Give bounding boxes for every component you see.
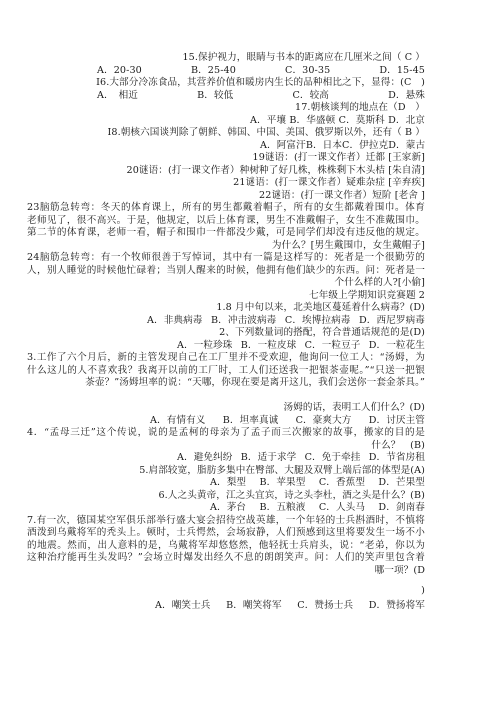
option-c: C．豪爽大方 xyxy=(296,415,352,427)
option-a: A．梨型 xyxy=(210,477,246,489)
text-line: 个什么样的人?[小偷] xyxy=(27,277,425,289)
document-page: 15.保护视力，眼睛与书本的距离应在几厘米之间（ C ）A．20-30B．25-… xyxy=(0,0,500,707)
option-a: A．嘲笑士兵 xyxy=(155,600,211,612)
option-c: C．免于牵挂 xyxy=(305,452,361,464)
option-c: C．伊拉克 xyxy=(342,140,388,152)
text-line: 23脑筋急转弯：冬天的体育课上，所有的男生都戴着帽子，所有的女生都戴着围巾。体育 xyxy=(27,202,425,214)
text-line: 7.有一次，德国某空军俱乐部举行盛大宴会招待空战英雄，一个年轻的士兵斟酒时，不慎… xyxy=(27,515,425,527)
answer-options: A．茅台B．五粮液C．人头马D．剑南春 xyxy=(210,502,425,514)
answer-options: A．平壤B．华盛顿C．莫斯科D．北京 xyxy=(250,115,425,127)
answer-options: A．非典病毒B．冲击波病毒C．埃博拉病毒D．西尼罗病毒 xyxy=(147,315,425,327)
answer-options: A．有情有义B．坦率真诚C．豪爽大方D．讨厌主管 xyxy=(150,415,425,427)
text-line: ) xyxy=(27,585,425,597)
answer-options: A．避免纠纷B．适于求学C．免于牵挂D．节省房租 xyxy=(177,452,425,464)
option-c: C．较高 xyxy=(292,90,329,102)
option-a: A．阿富汗 xyxy=(260,140,306,152)
option-d: D．芒果型 xyxy=(378,477,425,489)
text-line: 哪一项？(D xyxy=(27,565,425,577)
text-line: 17.朝核谈判的地点在（D ） xyxy=(27,102,425,114)
option-a: A．有情有义 xyxy=(150,415,206,427)
option-c: C．人头马 xyxy=(319,502,365,514)
option-a: A．一粒珍珠 xyxy=(177,340,233,352)
answer-options: A．嘲笑士兵B．嘲笑将军C．赞扬士兵D．赞扬将军 xyxy=(155,600,425,612)
text-line: 汤姆的话，表明工人们什么？(D) xyxy=(27,402,425,414)
answer-options: A． 相近B．较低C．较高D．悬殊 xyxy=(97,90,425,102)
text-line: 为什么？[男生戴围巾，女生戴帽子] xyxy=(27,240,425,252)
option-a: A．茅台 xyxy=(210,502,246,514)
option-d: D．讨厌主管 xyxy=(369,415,425,427)
option-b: B．苹果型 xyxy=(260,477,306,489)
option-b: B．华盛顿 xyxy=(289,115,335,127)
option-b: B．五粮液 xyxy=(260,502,306,514)
option-c: C．莫斯科 xyxy=(339,115,385,127)
option-d: D．西尼罗病毒 xyxy=(359,315,425,327)
option-a: A．非典病毒 xyxy=(147,315,203,327)
option-a: A．避免纠纷 xyxy=(177,452,233,464)
option-b: B．日本 xyxy=(306,140,342,152)
text-line: 20谜语：(打一课文作者）种树种了好几株，株株剩下木头桔 [朱自清] xyxy=(27,165,425,177)
option-d: D．赞扬将军 xyxy=(369,600,425,612)
text-line: 3.工作了六个月后，新的主管发现自己在工厂里并不受欢迎，他询问一位工人：“汤姆，… xyxy=(27,352,425,364)
option-b: B．适于求学 xyxy=(241,452,297,464)
option-b: B．一粒皮球 xyxy=(241,340,297,352)
text-line: 22谜语：(打一课文作者）短阶 [老舍 ] xyxy=(27,190,425,202)
text-line: 19谜语：(打一课文作者）迁都 [王家新] xyxy=(27,152,425,164)
option-d: D．一粒花生 xyxy=(369,340,425,352)
option-a: A．20-30 xyxy=(97,65,142,77)
option-b: B．嘲笑将军 xyxy=(226,600,282,612)
option-d: D．蒙古 xyxy=(388,140,425,152)
text-line: 什么？ (B) xyxy=(27,440,425,452)
text-line: 什么这儿的人不喜欢我？我离开以前的工厂时，工人们还送我一把银茶壶呢。”“只送一把… xyxy=(27,365,425,377)
text-line: 2、下列数量词的搭配，符合普通话规范的是(D) xyxy=(27,327,425,339)
option-c: C．香蕉型 xyxy=(319,477,365,489)
text-line: 七年级上学期知识竞赛题 2 xyxy=(27,290,425,302)
option-a: A． 相近 xyxy=(97,90,138,102)
answer-options: A．20-30B．25-40C．30-35D．15-45 xyxy=(97,65,425,77)
text-line: 这种治疗能再生头发吗？”会场立时爆发出经久不息的朗朗笑声。问：人们的笑声里包含着 xyxy=(27,552,425,564)
text-line: 酒泼到乌戴将军的秃头上。顿时，士兵愕然，会场寂静，人们预感到这里将要发生一场不小 xyxy=(27,527,425,539)
text-line: 15.保护视力，眼睛与书本的距离应在几厘米之间（ C ） xyxy=(27,52,425,64)
text-line: I8.朝核六国谈判除了朝鲜、韩国、中国、美国、俄罗斯以外，还有（ B ） xyxy=(27,127,425,139)
option-c: C．一粒豆子 xyxy=(305,340,361,352)
option-d: D．剑南春 xyxy=(378,502,425,514)
text-line: 茶壶？”汤姆坦率的说：“天哪，你现在要是离开这儿，我们会送你一套金茶具。” xyxy=(27,377,425,389)
text-line: 21谜语：(打一课文作者）疑难杂症 [辛弃疾] xyxy=(27,177,425,189)
option-a: A．平壤 xyxy=(250,115,286,127)
text-line: 6.人之头黄帝，江之头宜宾，诗之头李杜，酒之头是什么？(B) xyxy=(27,490,425,502)
text-line: 24脑筋急转弯：有一个牧师很善于写悼词，其中有一篇是这样写的：死者是一个很勤劳的 xyxy=(27,252,425,264)
option-c: C．埃博拉病毒 xyxy=(285,315,351,327)
option-d: D．节省房租 xyxy=(369,452,425,464)
answer-options: A．一粒珍珠B．一粒皮球C．一粒豆子D．一粒花生 xyxy=(177,340,425,352)
option-d: D．北京 xyxy=(388,115,425,127)
answer-options: A．阿富汗B．日本C．伊拉克D．蒙古 xyxy=(260,140,425,152)
option-b: B．坦率真诚 xyxy=(223,415,279,427)
text-line: 人，别人睡觉的时候他忙碌着；当别人醒来的时候，他拥有他们缺少的东西。问：死者是一 xyxy=(27,265,425,277)
answer-options: A．梨型B．苹果型C．香蕉型D．芒果型 xyxy=(210,477,425,489)
text-line: I6.大部分冷冻食品，其营养价值和暖房内生长的品种相比之下，显得：(C ) xyxy=(27,77,425,89)
text-line: 第二节的体育课，老师一看，帽子和围巾一件都没少戴，可是同学们却没有违反他的规定。 xyxy=(27,227,425,239)
option-b: B．冲击波病毒 xyxy=(211,315,276,327)
option-c: C．赞扬士兵 xyxy=(297,600,353,612)
option-b: B．较低 xyxy=(197,90,233,102)
text-line: 5.肩部较宽，脂肪多集中在臀部、大腿及双臂上端后部的体型是(A) xyxy=(27,465,425,477)
option-b: B．25-40 xyxy=(191,65,236,77)
text-line: 的地震。然而，出人意料的是，乌戴将军却悠悠然，他轻抚士兵肩头，说：“老弟，你以为 xyxy=(27,540,425,552)
text-line: 1.8 月中旬以来，北美地区蔓延着什么病毒？(D) xyxy=(27,302,425,314)
option-d: D．悬殊 xyxy=(388,90,425,102)
text-line: 4．“孟母三迁”这个传说，说的是孟柯的母亲为了孟子而三次搬家的故事，搬家的目的是 xyxy=(27,427,425,439)
text-line: 老师见了，很不高兴。于是，他规定，以后上体育课，男生不准戴帽子，女生不准戴围巾。 xyxy=(27,215,425,227)
option-d: D．15-45 xyxy=(379,65,425,77)
option-c: C．30-35 xyxy=(285,65,330,77)
